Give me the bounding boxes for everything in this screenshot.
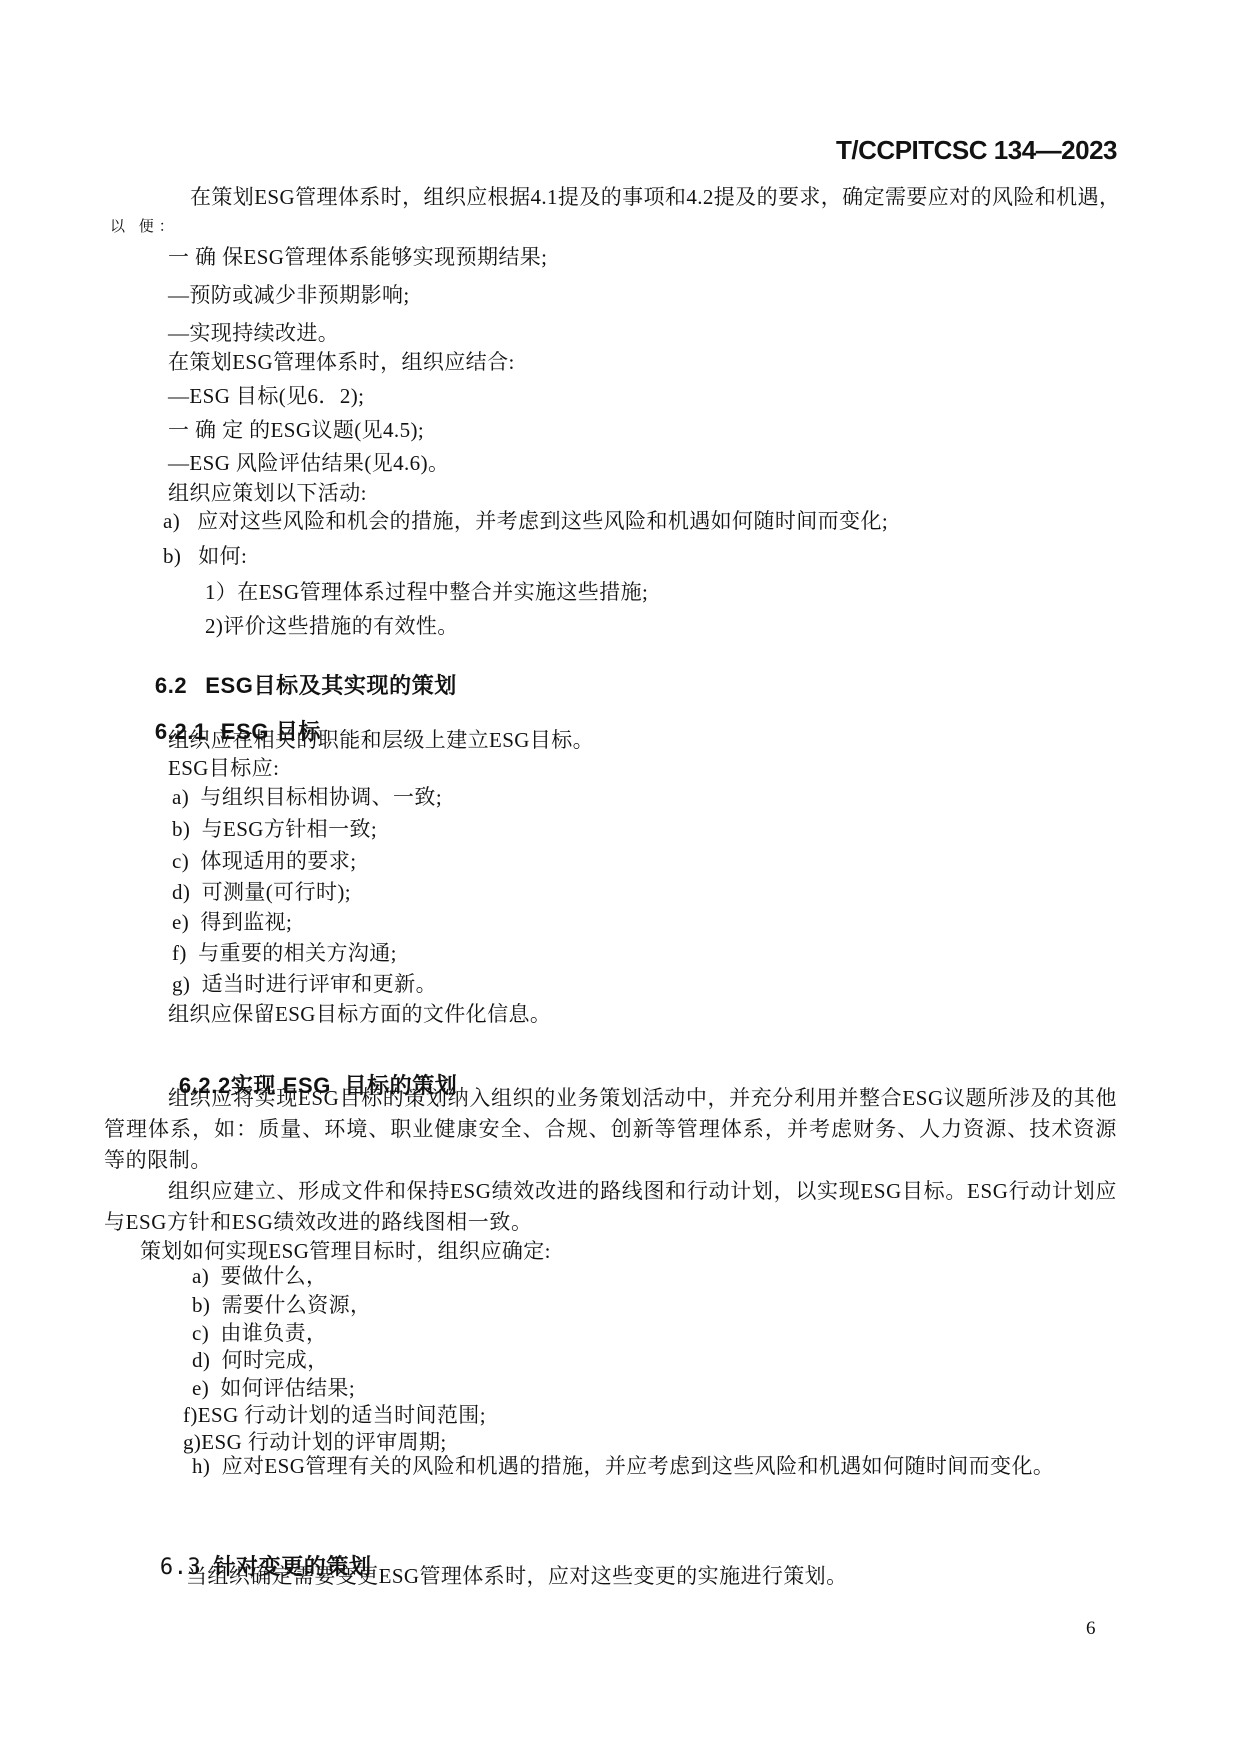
paragraph: 组织应在相关的职能和层级上建立ESG目标。	[168, 727, 594, 753]
dash-list-item: —ESG 风险评估结果(见4.6)。	[168, 450, 449, 476]
document-page: T/CCPITCSC 134—2023 在策划ESG管理体系时，组织应根据4.1…	[0, 0, 1240, 1755]
paragraph: 组织应将实现ESG目标的策划纳入组织的业务策划活动中，并充分利用并整合ESG议题…	[104, 1083, 1117, 1176]
letter-list-item: b) 如何:	[163, 543, 247, 569]
doc-number-header: T/CCPITCSC 134—2023	[836, 135, 1117, 166]
page-number: 6	[1086, 1618, 1096, 1640]
letter-list-item: d) 可测量(可行时);	[172, 879, 351, 905]
paragraph: 当组织确定需要变更ESG管理体系时，应对这些变更的实施进行策划。	[186, 1563, 847, 1589]
letter-list-item: g) 适当时进行评审和更新。	[172, 971, 437, 997]
dash-list-item: —预防或减少非预期影响;	[168, 282, 410, 308]
numbered-sub-item: 1）在ESG管理体系过程中整合并实施这些措施;	[205, 579, 648, 605]
paragraph: 在策划ESG管理体系时，组织应根据4.1提及的事项和4.2提及的要求，确定需要应…	[190, 184, 1120, 210]
paragraph: 组织应保留ESG目标方面的文件化信息。	[168, 1001, 551, 1027]
paragraph: 在策划ESG管理体系时，组织应结合:	[168, 349, 515, 375]
letter-list-item: a) 与组织目标相协调、一致;	[172, 784, 442, 810]
letter-list-item: g)ESG 行动计划的评审周期;	[183, 1429, 447, 1455]
dash-list-item: —实现持续改进。	[168, 320, 339, 346]
paragraph: 组织应策划以下活动:	[168, 480, 367, 506]
letter-list-item: h) 应对ESG管理有关的风险和机遇的措施，并应考虑到这些风险和机遇如何随时间而…	[192, 1453, 1054, 1479]
letter-list-item: c) 由谁负责，	[192, 1320, 327, 1346]
letter-list-item: a) 要做什么，	[192, 1263, 327, 1289]
letter-list-item: f)ESG 行动计划的适当时间范围;	[183, 1402, 486, 1428]
dash-list-item: —ESG 目标(见6．2);	[168, 383, 364, 409]
paragraph: ESG目标应:	[168, 755, 279, 781]
letter-list-item: e) 如何评估结果;	[192, 1375, 355, 1401]
dash-list-item: 一 确 保ESG管理体系能够实现预期结果;	[168, 244, 547, 270]
dash-list-item: 一 确 定 的ESG议题(见4.5);	[168, 417, 424, 443]
letter-list-item: d) 何时完成，	[192, 1347, 329, 1373]
numbered-sub-item: 2)评价这些措施的有效性。	[205, 613, 459, 639]
paragraph-continuation: 以 便：	[110, 214, 179, 240]
letter-list-item: b) 与ESG方针相一致;	[172, 816, 377, 842]
letter-list-item: b) 需要什么资源，	[192, 1292, 371, 1318]
letter-list-item: c) 体现适用的要求;	[172, 848, 356, 874]
letter-list-item: f) 与重要的相关方沟通;	[172, 940, 397, 966]
paragraph: 策划如何实现ESG管理目标时，组织应确定:	[140, 1238, 551, 1264]
paragraph: 组织应建立、形成文件和保持ESG绩效改进的路线图和行动计划，以实现ESG目标。E…	[104, 1176, 1117, 1238]
letter-list-item: e) 得到监视;	[172, 909, 292, 935]
letter-list-item: a) 应对这些风险和机会的措施，并考虑到这些风险和机遇如何随时间而变化;	[163, 508, 888, 534]
